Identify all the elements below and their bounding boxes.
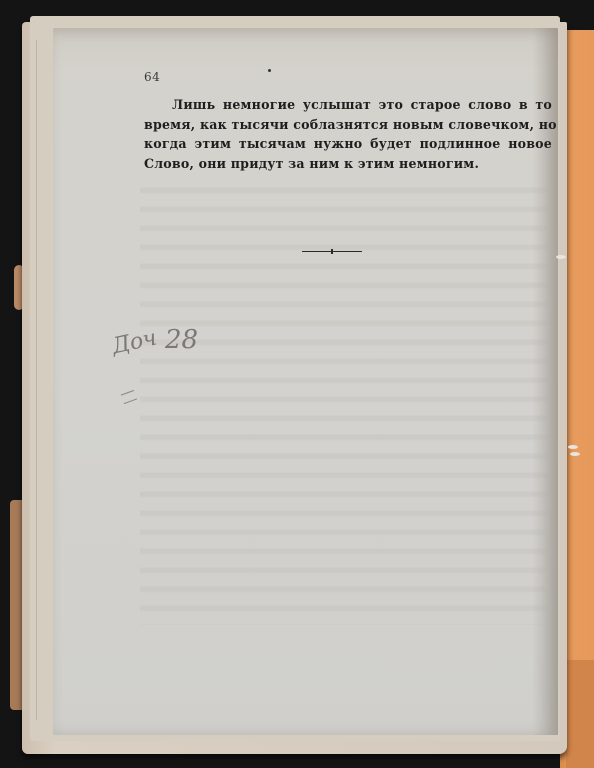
page-number: 64	[144, 70, 160, 84]
ink-dot	[268, 69, 271, 72]
torn-edge	[556, 255, 566, 259]
paragraph-line: Лишь немногие услышат это старое слово в…	[144, 95, 552, 115]
bleed-through-text	[140, 175, 550, 625]
torn-edge	[570, 452, 580, 456]
torn-edge	[568, 445, 578, 449]
paragraph-line: Слово, они придут за ним к этим немногим…	[144, 154, 552, 174]
paragraph-line: когда этим тысячам нужно будет подлинное…	[144, 134, 552, 154]
section-divider	[302, 251, 362, 253]
divider-center-mark	[331, 249, 333, 254]
pencil-note-number: 28	[165, 325, 198, 355]
book-cover-board-lower	[566, 660, 594, 768]
body-paragraph: Лишь немногие услышат это старое слово в…	[144, 95, 552, 173]
paragraph-line: время, как тысячи соблазнятся новым слов…	[144, 115, 552, 135]
